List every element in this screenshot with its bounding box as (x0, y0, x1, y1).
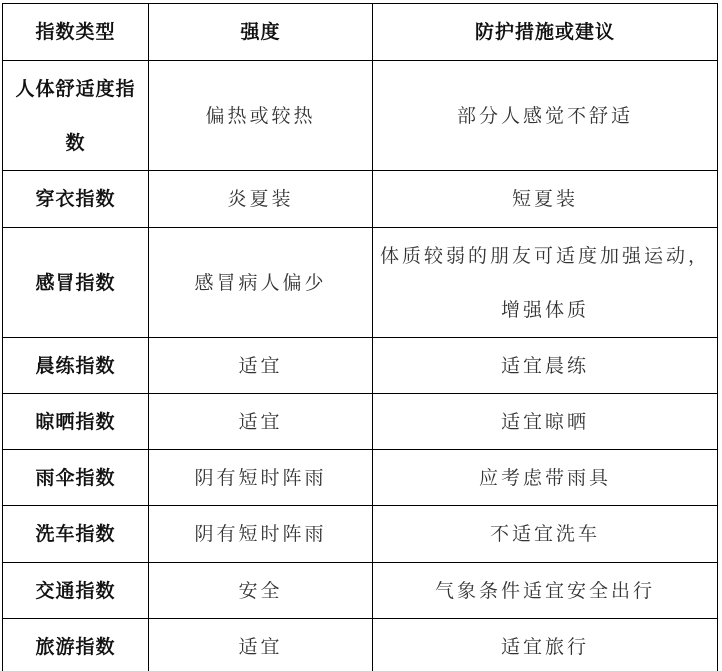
advice-cell: 气象条件适宜安全出行 (373, 563, 718, 619)
strength-cell: 适宜 (149, 619, 373, 671)
advice-cell: 适宜晨练 (373, 338, 718, 394)
strength-cell: 适宜 (149, 394, 373, 450)
table-row: 雨伞指数 阴有短时阵雨 应考虑带雨具 (3, 450, 718, 506)
header-strength: 强度 (149, 4, 373, 61)
index-type-cell: 旅游指数 (3, 619, 149, 671)
index-type-cell: 雨伞指数 (3, 450, 149, 506)
table-row: 晾晒指数 适宜 适宜晾晒 (3, 394, 718, 450)
table-header-row: 指数类型 强度 防护措施或建议 (3, 4, 718, 61)
table-row: 交通指数 安全 气象条件适宜安全出行 (3, 563, 718, 619)
advice-cell: 短夏装 (373, 171, 718, 228)
table-row: 洗车指数 阴有短时阵雨 不适宜洗车 (3, 506, 718, 563)
header-advice: 防护措施或建议 (373, 4, 718, 61)
strength-cell: 阴有短时阵雨 (149, 506, 373, 563)
header-index-type: 指数类型 (3, 4, 149, 61)
advice-cell: 部分人感觉不舒适 (373, 61, 718, 171)
strength-cell: 阴有短时阵雨 (149, 450, 373, 506)
index-type-cell: 洗车指数 (3, 506, 149, 563)
advice-cell: 不适宜洗车 (373, 506, 718, 563)
table-row: 感冒指数 感冒病人偏少 体质较弱的朋友可适度加强运动，增强体质 (3, 228, 718, 338)
strength-cell: 安全 (149, 563, 373, 619)
index-type-cell: 感冒指数 (3, 228, 149, 338)
strength-cell: 炎夏装 (149, 171, 373, 228)
table-row: 晨练指数 适宜 适宜晨练 (3, 338, 718, 394)
index-type-cell: 晨练指数 (3, 338, 149, 394)
index-type-cell: 穿衣指数 (3, 171, 149, 228)
advice-cell: 适宜晾晒 (373, 394, 718, 450)
strength-cell: 感冒病人偏少 (149, 228, 373, 338)
index-type-cell: 人体舒适度指数 (3, 61, 149, 171)
table-row: 人体舒适度指数 偏热或较热 部分人感觉不舒适 (3, 61, 718, 171)
index-type-cell: 交通指数 (3, 563, 149, 619)
index-type-cell: 晾晒指数 (3, 394, 149, 450)
table-row: 旅游指数 适宜 适宜旅行 (3, 619, 718, 671)
strength-cell: 偏热或较热 (149, 61, 373, 171)
advice-cell: 体质较弱的朋友可适度加强运动，增强体质 (373, 228, 718, 338)
table-row: 穿衣指数 炎夏装 短夏装 (3, 171, 718, 228)
advice-cell: 适宜旅行 (373, 619, 718, 671)
strength-cell: 适宜 (149, 338, 373, 394)
advice-cell: 应考虑带雨具 (373, 450, 718, 506)
weather-index-table: 指数类型 强度 防护措施或建议 人体舒适度指数 偏热或较热 部分人感觉不舒适 穿… (2, 3, 718, 671)
